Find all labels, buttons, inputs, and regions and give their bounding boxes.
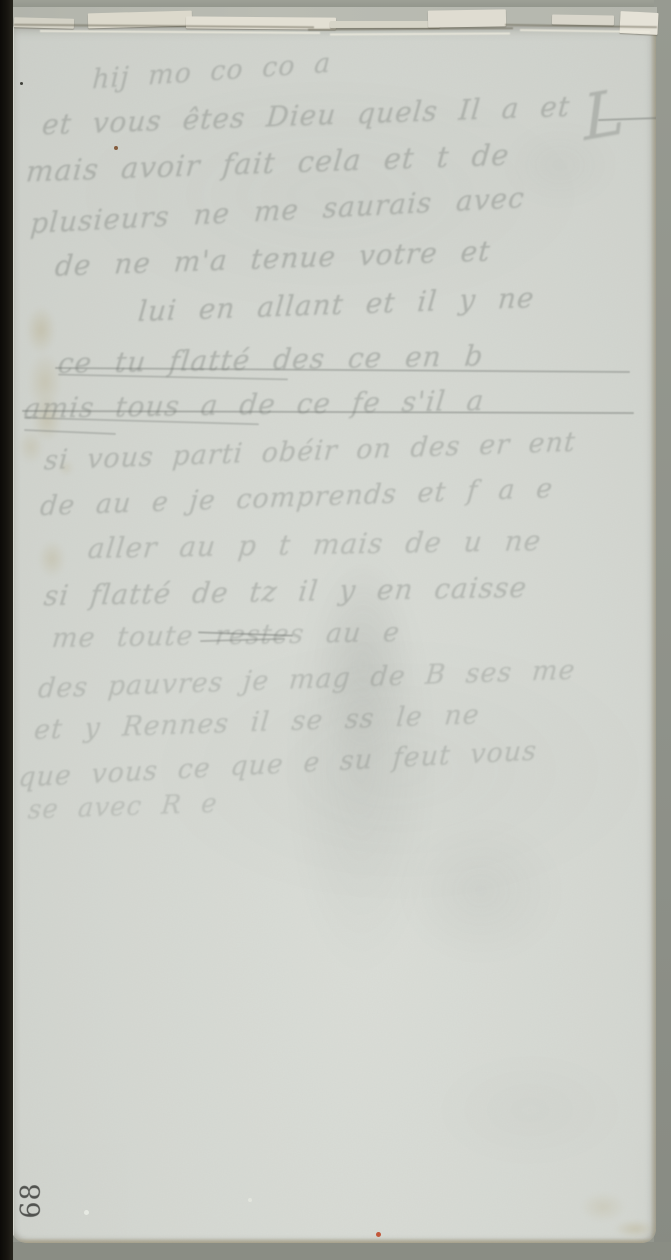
handwriting-line: ce tu flatté des ce en b bbox=[56, 339, 485, 379]
scanned-notebook-photo: hij mo co co aet vous êtes Dieu quels Il… bbox=[0, 0, 671, 1260]
speck-mark bbox=[248, 1198, 252, 1202]
page-number: 68 bbox=[5, 1174, 57, 1226]
photo-background-left-shadow bbox=[0, 0, 13, 1260]
stain-mark bbox=[38, 540, 66, 578]
stain-mark bbox=[614, 1220, 656, 1238]
page-number-text: 68 bbox=[15, 1182, 46, 1218]
stain-mark bbox=[580, 1192, 626, 1222]
handwriting-line: L bbox=[581, 74, 626, 155]
notebook-page: hij mo co co aet vous êtes Dieu quels Il… bbox=[11, 26, 656, 1243]
handwriting-line: me toute restes au e bbox=[50, 617, 401, 654]
stain-mark bbox=[18, 430, 44, 464]
speck-mark bbox=[20, 82, 23, 85]
smudge-mark bbox=[430, 1050, 630, 1170]
photo-background-right bbox=[654, 0, 671, 1260]
handwriting-line: aller au p t mais de u ne bbox=[86, 524, 543, 565]
tear-tab bbox=[428, 9, 506, 27]
speck-mark bbox=[376, 1232, 381, 1237]
handwriting-line: si flatté de tz il y en caisse bbox=[42, 571, 529, 612]
handwriting-line: si vous parti obéir on des er ent bbox=[43, 427, 577, 477]
photo-background-bottom bbox=[0, 1242, 671, 1260]
handwriting-layer: hij mo co co aet vous êtes Dieu quels Il… bbox=[11, 26, 656, 1243]
stain-mark bbox=[26, 306, 56, 354]
handwriting-line: de au e je comprends et f a e bbox=[39, 473, 555, 522]
speck-mark bbox=[84, 1210, 89, 1215]
speck-mark bbox=[114, 146, 118, 150]
